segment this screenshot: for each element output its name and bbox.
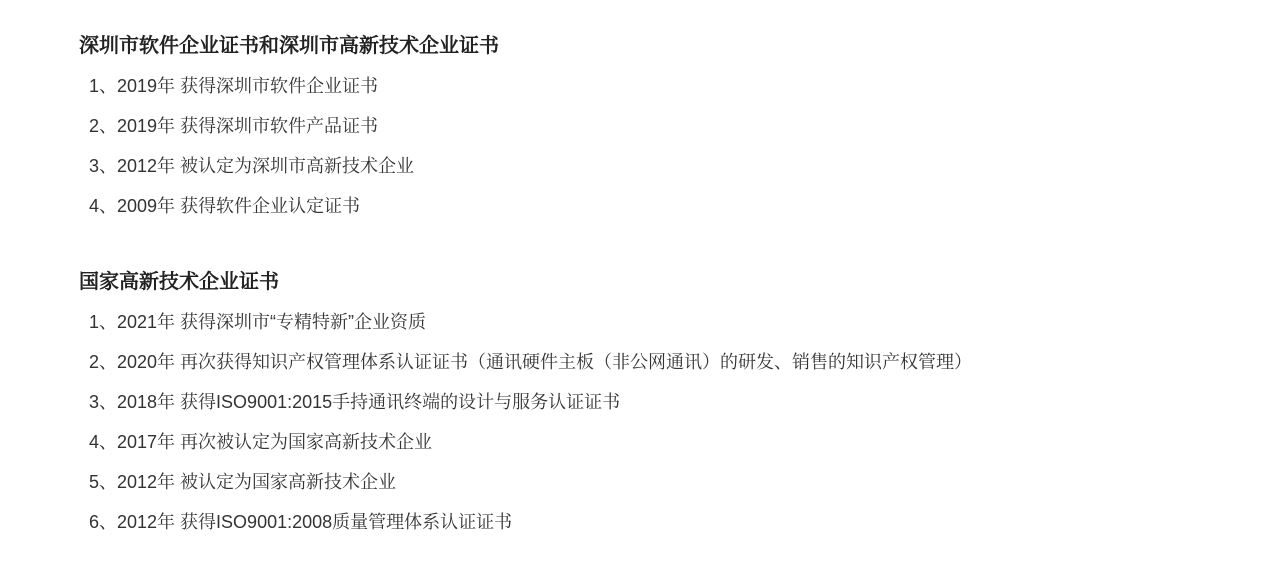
list-item: 5、2012年 被认定为国家高新技术企业 (79, 462, 1229, 502)
certificates-content: 深圳市软件企业证书和深圳市高新技术企业证书 1、2019年 获得深圳市软件企业证… (79, 30, 1229, 542)
section-national-high-tech: 国家高新技术企业证书 1、2021年 获得深圳市“专精特新”企业资质 2、202… (79, 266, 1229, 542)
list-item: 4、2017年 再次被认定为国家高新技术企业 (79, 422, 1229, 462)
list-item: 3、2018年 获得ISO9001:2015手持通讯终端的设计与服务认证证书 (79, 382, 1229, 422)
list-item: 6、2012年 获得ISO9001:2008质量管理体系认证证书 (79, 502, 1229, 542)
section-title: 深圳市软件企业证书和深圳市高新技术企业证书 (79, 30, 1229, 62)
list-item: 4、2009年 获得软件企业认定证书 (79, 186, 1229, 226)
list-item: 2、2020年 再次获得知识产权管理体系认证证书（通讯硬件主板（非公网通讯）的研… (79, 342, 1229, 382)
list-item: 2、2019年 获得深圳市软件产品证书 (79, 106, 1229, 146)
section-shenzhen-certificates: 深圳市软件企业证书和深圳市高新技术企业证书 1、2019年 获得深圳市软件企业证… (79, 30, 1229, 226)
list-item: 1、2021年 获得深圳市“专精特新”企业资质 (79, 302, 1229, 342)
section-title: 国家高新技术企业证书 (79, 266, 1229, 298)
list-item: 3、2012年 被认定为深圳市高新技术企业 (79, 146, 1229, 186)
list-item: 1、2019年 获得深圳市软件企业证书 (79, 66, 1229, 106)
